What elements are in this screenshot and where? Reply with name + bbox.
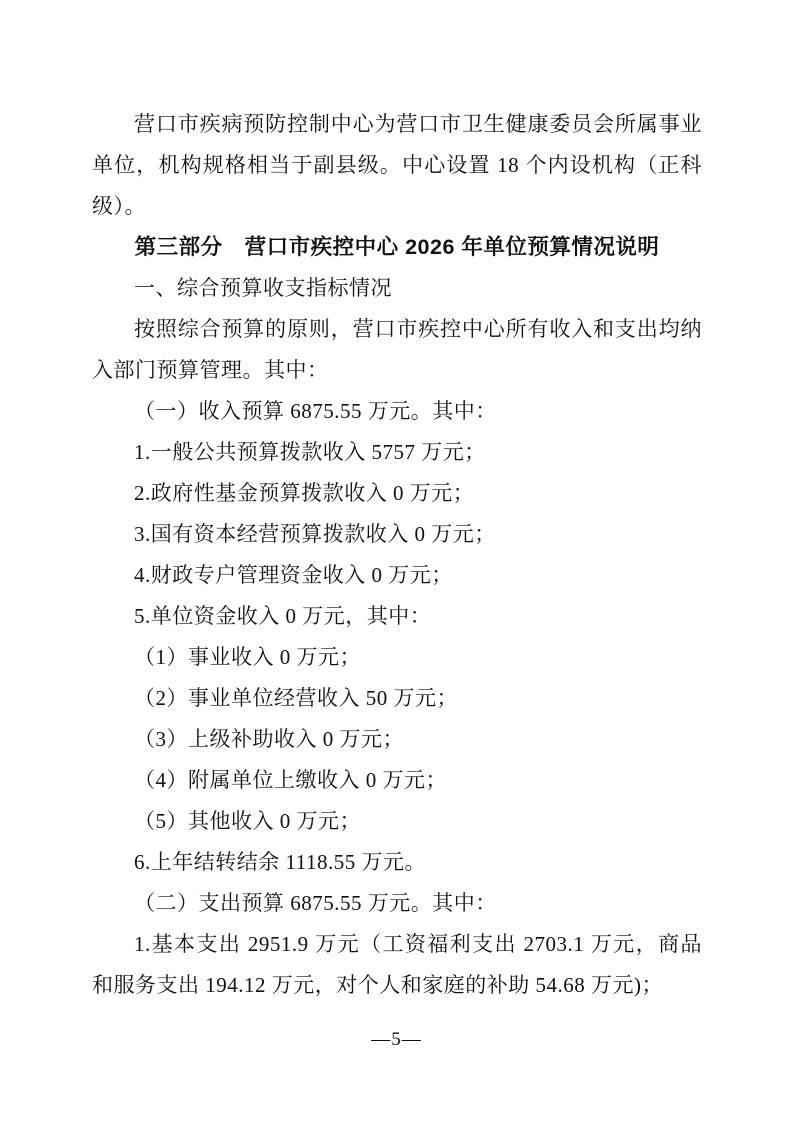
body-paragraph: （4）附属单位上缴收入 0 万元； (92, 760, 702, 801)
body-paragraph: （一）收入预算 6875.55 万元。其中： (92, 391, 702, 432)
body-paragraph: 3.国有资本经营预算拨款收入 0 万元； (92, 514, 702, 555)
intro-paragraph: 营口市疾病预防控制中心为营口市卫生健康委员会所属事业单位，机构规格相当于副县级。… (92, 104, 702, 227)
body-paragraph: （二）支出预算 6875.55 万元。其中： (92, 883, 702, 924)
body-paragraph: （1）事业收入 0 万元； (92, 637, 702, 678)
body-paragraph: 5.单位资金收入 0 万元，其中： (92, 596, 702, 637)
document-page: 营口市疾病预防控制中心为营口市卫生健康委员会所属事业单位，机构规格相当于副县级。… (0, 0, 793, 1122)
document-body: 营口市疾病预防控制中心为营口市卫生健康委员会所属事业单位，机构规格相当于副县级。… (92, 104, 702, 1006)
page-number: —5— (0, 1026, 793, 1054)
section-heading: 第三部分 营口市疾控中心 2026 年单位预算情况说明 (92, 227, 702, 268)
body-paragraph: 一、综合预算收支指标情况 (92, 268, 702, 309)
body-paragraph: （2）事业单位经营收入 50 万元； (92, 678, 702, 719)
body-paragraph: 2.政府性基金预算拨款收入 0 万元； (92, 473, 702, 514)
body-paragraph: 4.财政专户管理资金收入 0 万元； (92, 555, 702, 596)
body-paragraph: 6.上年结转结余 1118.55 万元。 (92, 842, 702, 883)
body-paragraph: （3）上级补助收入 0 万元； (92, 719, 702, 760)
body-paragraph: （5）其他收入 0 万元； (92, 801, 702, 842)
body-paragraph: 按照综合预算的原则，营口市疾控中心所有收入和支出均纳入部门预算管理。其中： (92, 309, 702, 391)
body-paragraph: 1.一般公共预算拨款收入 5757 万元； (92, 432, 702, 473)
body-paragraph: 1.基本支出 2951.9 万元（工资福利支出 2703.1 万元，商品和服务支… (92, 924, 702, 1006)
